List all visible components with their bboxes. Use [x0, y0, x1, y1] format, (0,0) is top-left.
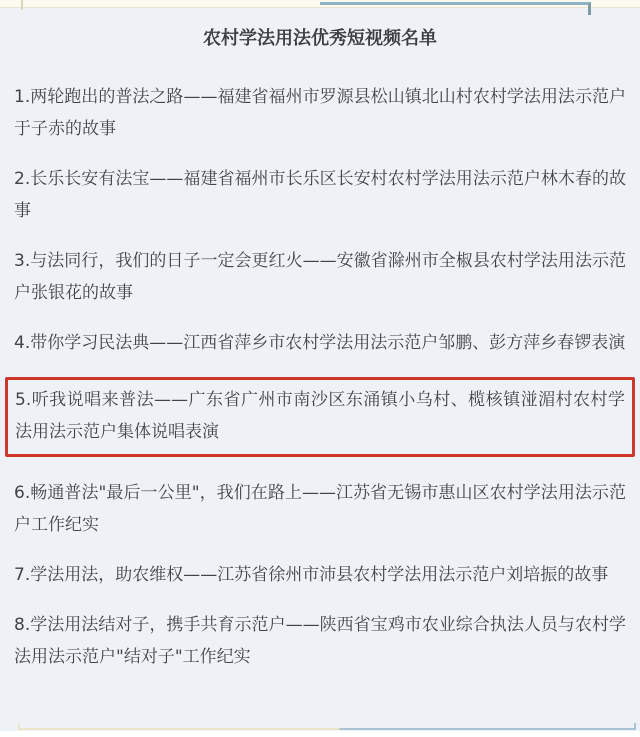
video-list-document: 农村学法用法优秀短视频名单 1.两轮跑出的普法之路——福建省福州市罗源县松山镇北…	[0, 0, 640, 673]
list-item: 4.带你学习民法典——江西省萍乡市农村学法用法示范户邹鹏、彭方萍乡春锣表演	[14, 327, 626, 359]
document-page: 农村学法用法优秀短视频名单 1.两轮跑出的普法之路——福建省福州市罗源县松山镇北…	[0, 0, 640, 737]
list-item: 1.两轮跑出的普法之路——福建省福州市罗源县松山镇北山村农村学法用法示范户于子赤…	[14, 81, 626, 145]
bottom-right-border-tick	[634, 723, 636, 730]
list-item: 2.长乐长安有法宝——福建省福州市长乐区长安村农村学法用法示范户林木春的故事	[14, 163, 626, 227]
bottom-border-line	[18, 728, 636, 730]
list-item-highlighted: 5.听我说唱来普法——广东省广州市南沙区东涌镇小乌村、榄核镇湴湄村农村学法用法示…	[5, 377, 635, 457]
bottom-border-strip	[0, 731, 640, 737]
bottom-left-border-tick	[18, 723, 20, 730]
page-title: 农村学法用法优秀短视频名单	[14, 26, 626, 51]
list-item: 7.学法用法，助农维权——江苏省徐州市沛县农村学法用法示范户刘培振的故事	[14, 559, 626, 591]
list-item: 8.学法用法结对子，携手共育示范户——陕西省宝鸡市农业综合执法人员与农村学法用法…	[14, 609, 626, 673]
list-item: 3.与法同行，我们的日子一定会更红火——安徽省滁州市全椒县农村学法用法示范户张银…	[14, 245, 626, 309]
list-item: 6.畅通普法"最后一公里"，我们在路上——江苏省无锡市惠山区农村学法用法示范户工…	[14, 477, 626, 541]
